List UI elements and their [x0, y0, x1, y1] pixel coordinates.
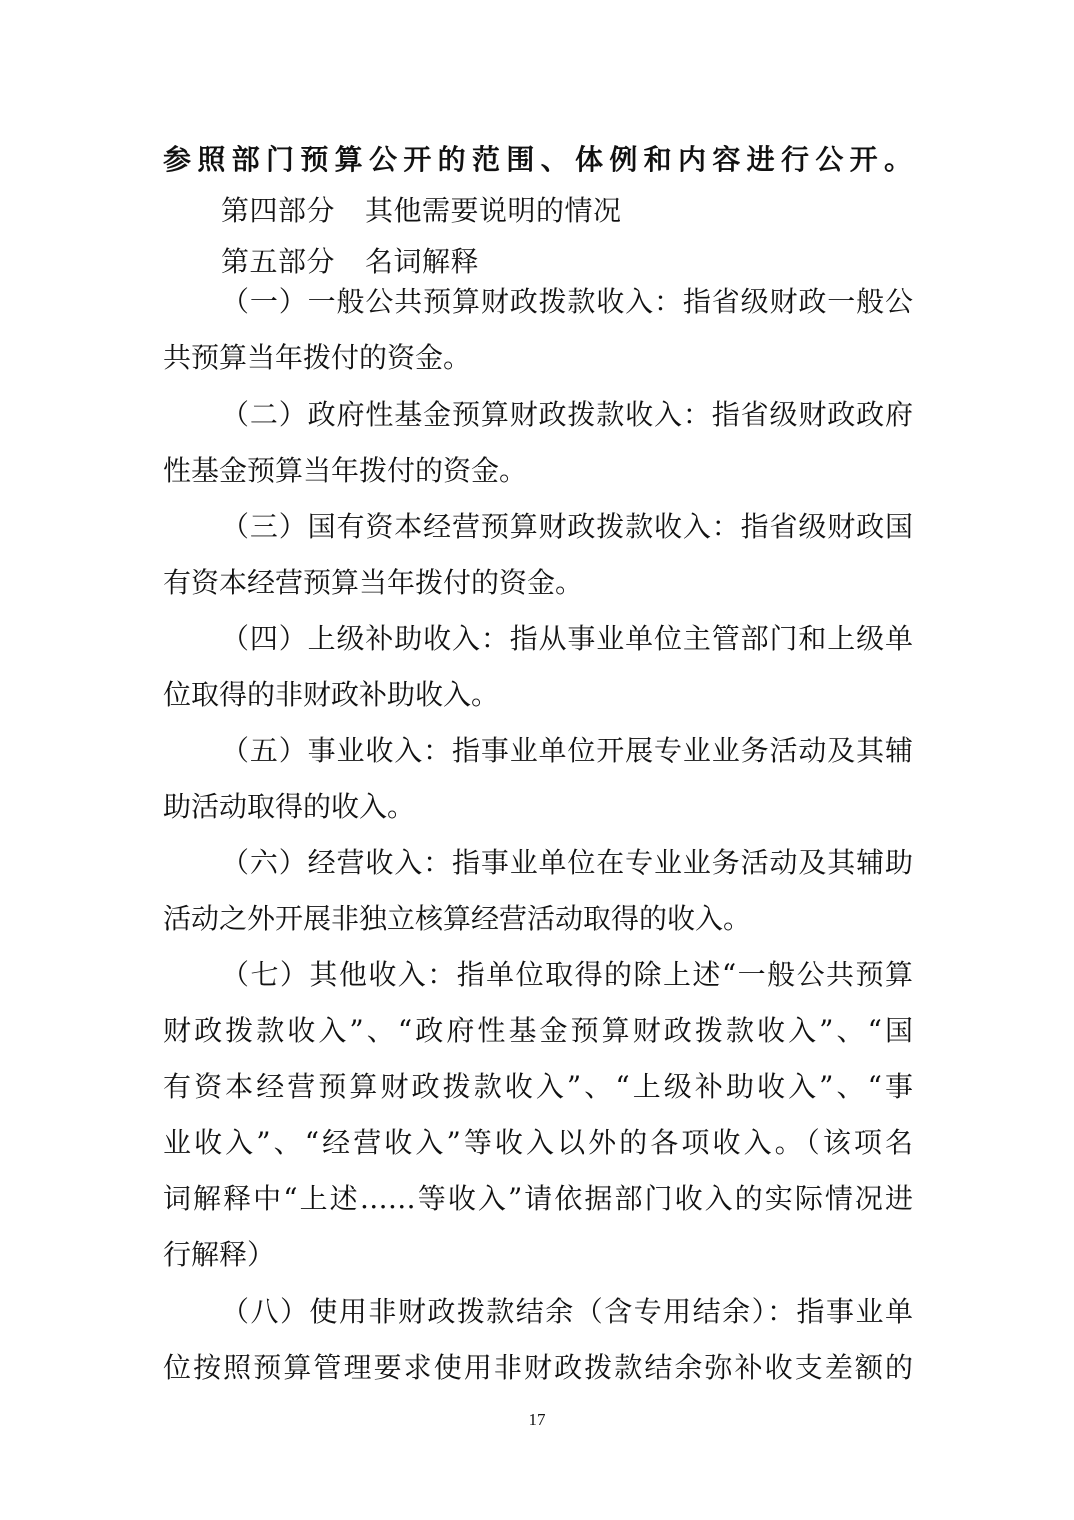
definition-4-line-2: 位取得的非财政补助收入。: [163, 678, 913, 712]
definition-2-line-1: （二）政府性基金预算财政拨款收入：指省级财政政府: [221, 398, 913, 432]
section-number: 第四部分: [221, 194, 335, 227]
document-page: 参照部门预算公开的范围、体例和内容进行公开。 第四部分其他需要说明的情况 第五部…: [0, 0, 1074, 1520]
definition-7-line-1: （七）其他收入：指单位取得的除上述“一般公共预算: [221, 958, 913, 992]
definition-6-line-2: 活动之外开展非独立核算经营活动取得的收入。: [163, 902, 913, 936]
definition-4-line-1: （四）上级补助收入：指从事业单位主管部门和上级单: [221, 622, 913, 656]
definition-8-line-2: 位按照预算管理要求使用非财政拨款结余弥补收支差额的: [163, 1351, 913, 1385]
definition-1-line-2: 共预算当年拨付的资金。: [163, 341, 913, 375]
definition-7-line-5: 词解释中“上述……等收入”请依据部门收入的实际情况进: [163, 1182, 913, 1216]
section-heading-part-four: 第四部分其他需要说明的情况: [221, 194, 971, 228]
section-number: 第五部分: [221, 245, 335, 278]
section-heading-part-five: 第五部分名词解释: [221, 245, 971, 279]
definition-7-line-4: 业收入”、“经营收入”等收入以外的各项收入。（该项名: [163, 1126, 913, 1160]
definition-7-line-6: 行解释）: [163, 1238, 913, 1272]
definition-7-line-3: 有资本经营预算财政拨款收入”、“上级补助收入”、“事: [163, 1070, 913, 1104]
definition-3-line-1: （三）国有资本经营预算财政拨款收入：指省级财政国: [221, 510, 913, 544]
section-title: 名词解释: [365, 245, 479, 278]
definition-5-line-1: （五）事业收入：指事业单位开展专业业务活动及其辅: [221, 734, 913, 768]
definition-6-line-1: （六）经营收入：指事业单位在专业业务活动及其辅助: [221, 846, 913, 880]
definition-5-line-2: 助活动取得的收入。: [163, 790, 913, 824]
section-title: 其他需要说明的情况: [365, 194, 622, 227]
page-number: 17: [0, 1410, 1074, 1430]
definition-1-line-1: （一）一般公共预算财政拨款收入：指省级财政一般公: [221, 285, 913, 319]
definition-7-line-2: 财政拨款收入”、“政府性基金预算财政拨款收入”、“国: [163, 1014, 913, 1048]
definition-3-line-2: 有资本经营预算当年拨付的资金。: [163, 566, 913, 600]
lead-paragraph-line: 参照部门预算公开的范围、体例和内容进行公开。: [163, 143, 913, 177]
definition-2-line-2: 性基金预算当年拨付的资金。: [163, 454, 913, 488]
definition-8-line-1: （八）使用非财政拨款结余（含专用结余）：指事业单: [221, 1295, 913, 1329]
